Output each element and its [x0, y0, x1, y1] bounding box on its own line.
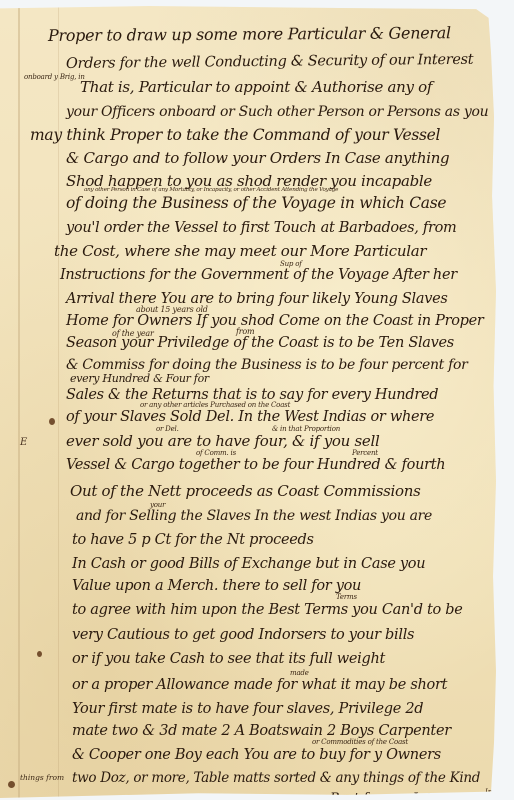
margin-note-e: E — [20, 438, 27, 448]
text-line: Season your Priviledge of the Coast is t… — [66, 336, 454, 351]
text-line: to agree with him upon the Best Terms yo… — [72, 603, 463, 618]
text-line: mate two & 3d mate 2 A Boatswain 2 Boys … — [72, 724, 451, 739]
text-line: & Cooper one Boy each You are to buy for… — [72, 748, 441, 763]
closing-text: Best for our Interest — [330, 792, 465, 800]
interlinear-note: any other Person in Case of any Mortalit… — [84, 188, 338, 194]
text-line: or a proper Allowance made for what it m… — [72, 678, 447, 693]
interlinear-note: or Commodities of the Coast — [312, 739, 408, 746]
text-line: & Commiss for doing the Business is to b… — [66, 358, 468, 372]
text-line: Proper to draw up some more Particular &… — [48, 25, 451, 44]
text-line: Vessel & Cargo together to be four Hundr… — [66, 458, 445, 473]
interlinear-note: or any other articles Purchased on the C… — [140, 402, 290, 409]
text-line: Your first mate is to have four slaves, … — [72, 702, 423, 717]
text-line: Arrival there You are to bring four like… — [66, 292, 448, 307]
text-line: In Cash or good Bills of Exchange but in… — [72, 557, 425, 572]
manuscript-paper: Proper to draw up some more Particular &… — [0, 6, 496, 798]
text-line: and for Selling the Slaves In the west I… — [76, 509, 432, 523]
text-line: the Cost, where she may meet our More Pa… — [54, 244, 426, 259]
text-line: Instructions for the Government of the V… — [60, 268, 457, 283]
text-line: you'l order the Vessel to first Touch at… — [66, 221, 456, 236]
text-line: of doing the Business of the Voyage in w… — [66, 196, 446, 212]
interlinear-note: onboard y Brig, in — [24, 74, 85, 81]
text-line: or if you take Cash to see that its full… — [72, 652, 385, 667]
text-line: Home for Owners If you shod Come on the … — [66, 314, 484, 329]
text-line: ever sold you are to have four, & if you… — [66, 434, 379, 449]
text-line: to have 5 p Ct for the Nt proceeds — [72, 533, 314, 548]
text-line: may think Proper to take the Command of … — [30, 128, 440, 144]
text-line: & Cargo and to follow your Orders In Cas… — [66, 151, 449, 166]
text-line: That is, Particular to appoint & Authori… — [80, 80, 432, 95]
letter-body: Proper to draw up some more Particular &… — [0, 6, 496, 798]
interlinear-note: of Comm. is — [196, 450, 236, 457]
interlinear-note: Terms — [336, 594, 357, 601]
text-line: two Doz, or more, Table matts sorted & a… — [72, 772, 480, 786]
catchword: In — [485, 788, 492, 796]
text-line: of your Slaves Sold Del. In the West Ind… — [66, 410, 434, 425]
text-line: every Hundred & Four for — [70, 373, 209, 384]
text-line: Out of the Nett proceeds as Coast Commis… — [70, 484, 420, 499]
margin-note: things from — [20, 774, 64, 782]
interlinear-note: made — [290, 670, 309, 677]
document-scan: Proper to draw up some more Particular &… — [0, 0, 514, 800]
text-line: very Cautious to get good Indorsers to y… — [72, 628, 414, 643]
interlinear-note: Percent — [352, 450, 378, 457]
text-line: Value upon a Merch. there to sell for yo… — [72, 579, 361, 594]
text-line: your Officers onboard or Such other Pers… — [66, 105, 488, 119]
text-line: Orders for the well Conducting & Securit… — [66, 53, 473, 72]
